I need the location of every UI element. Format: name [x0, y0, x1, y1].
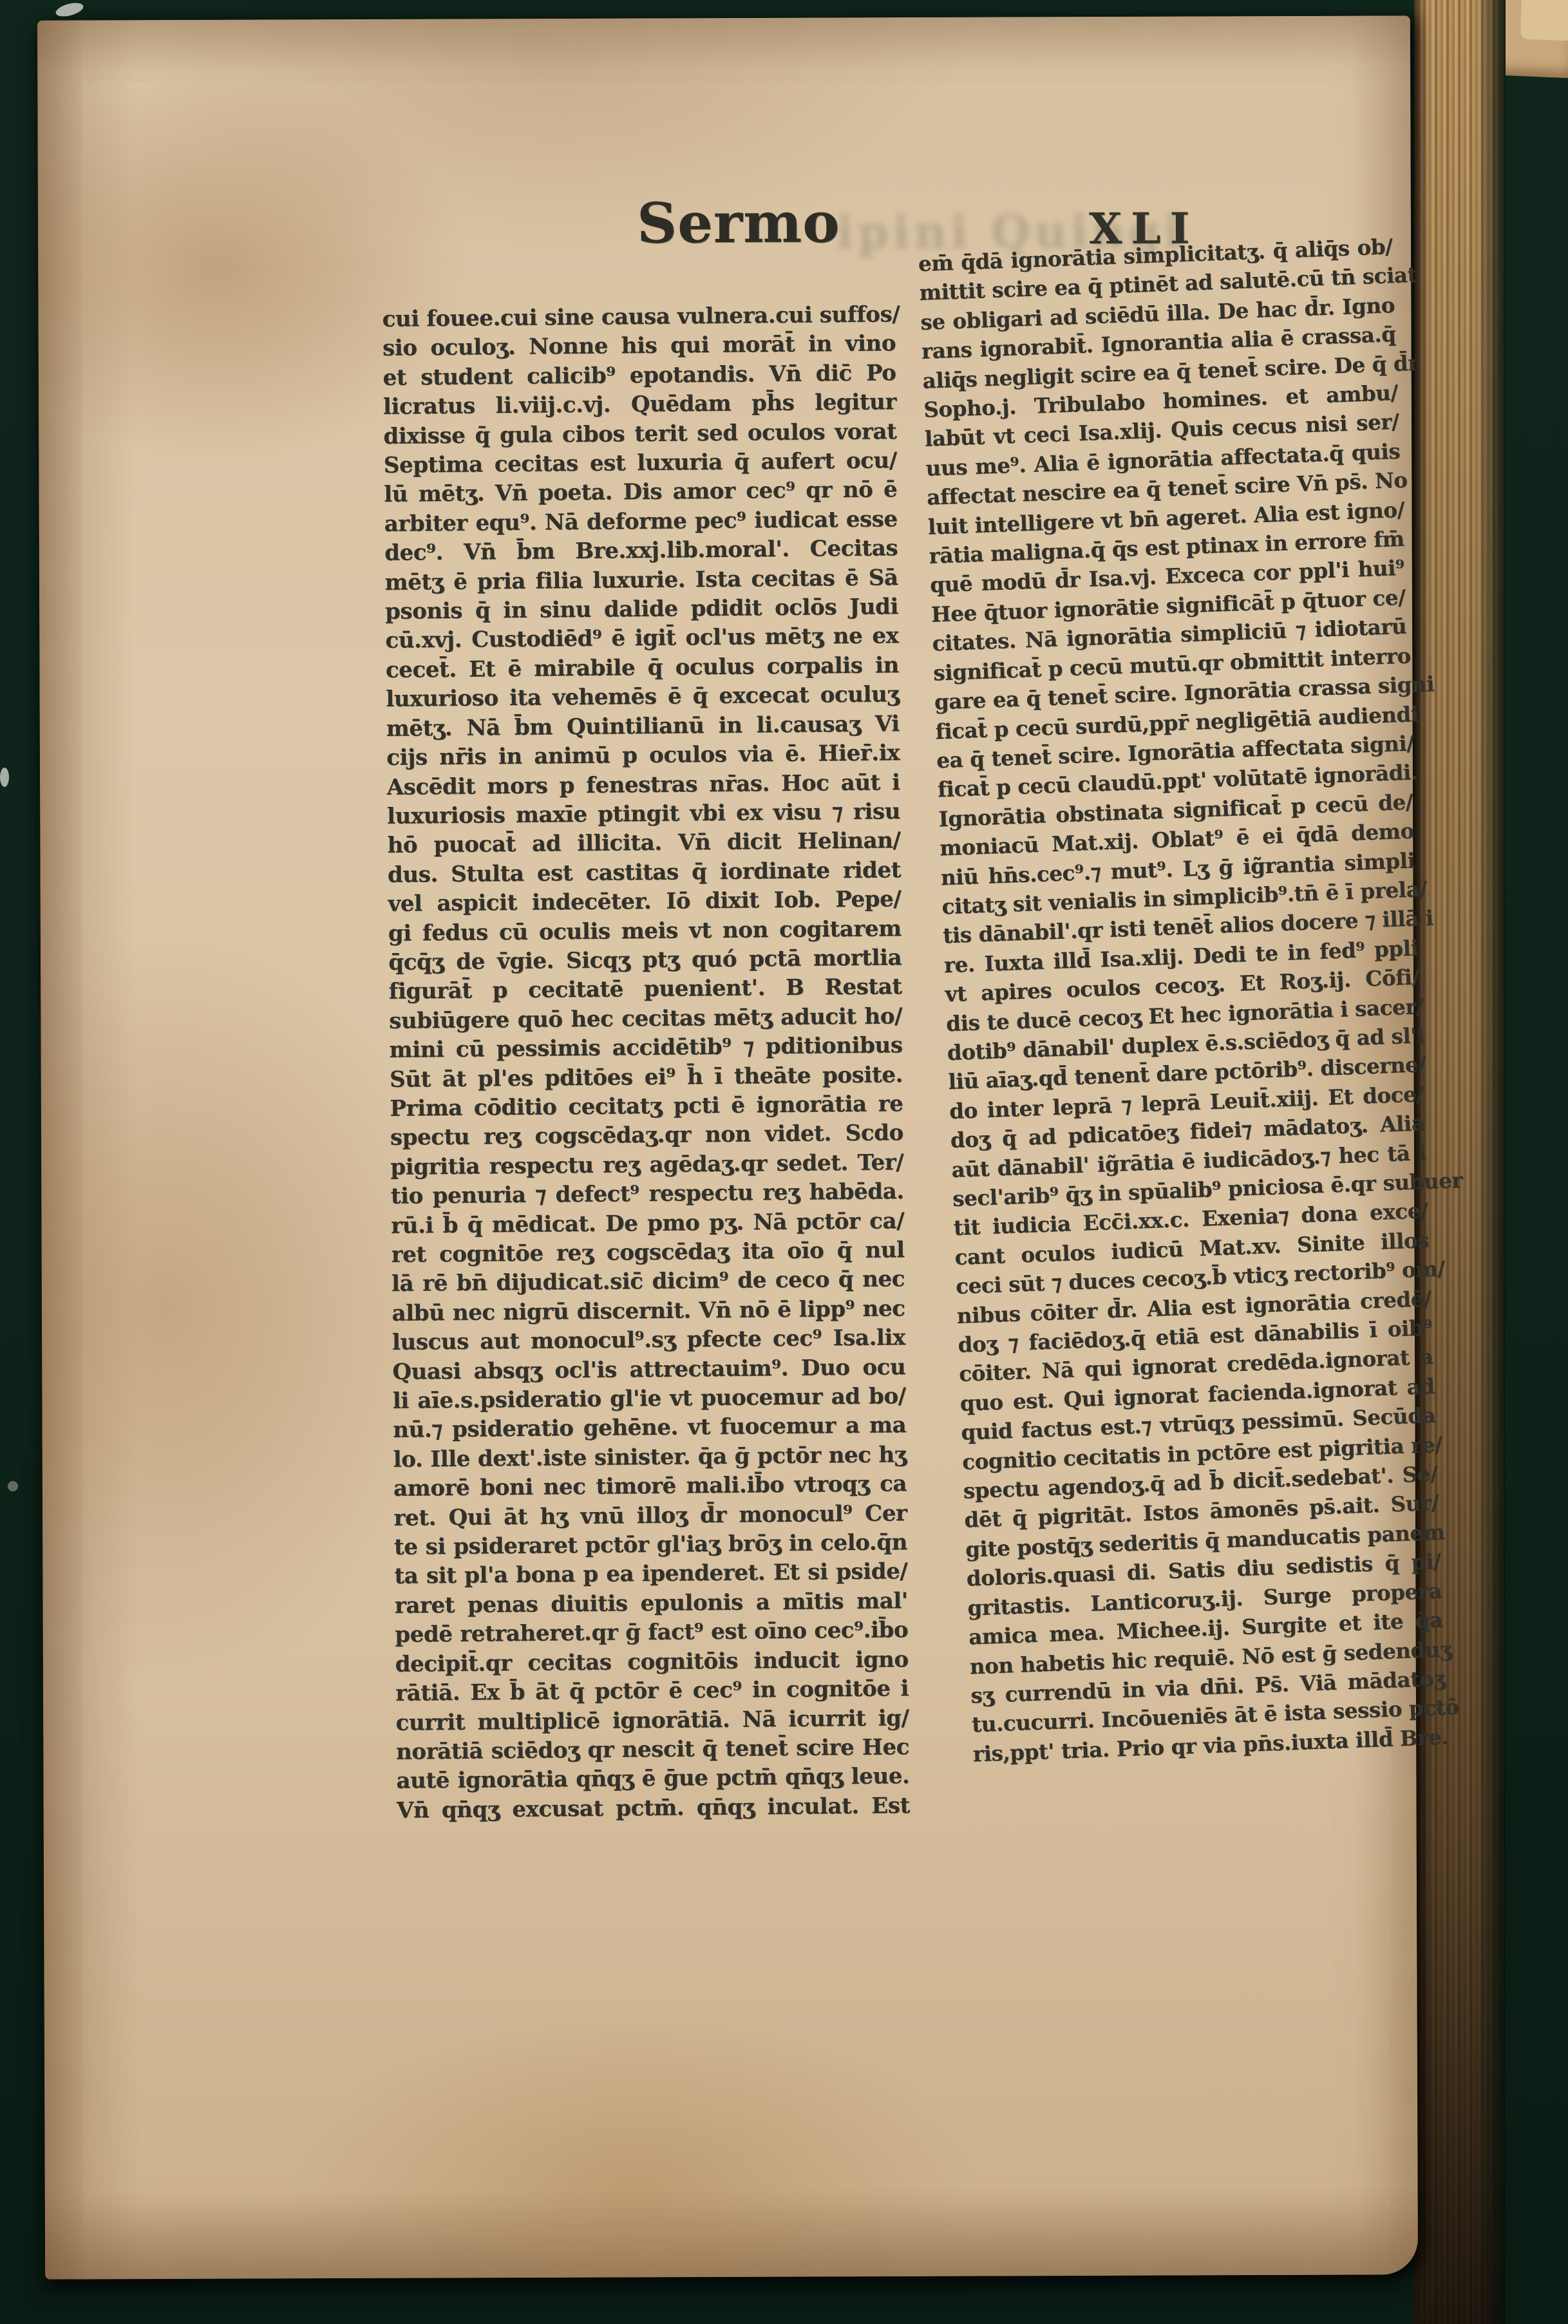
book-fore-edge: [1414, 0, 1506, 2324]
book-corner-pages-top: [1520, 0, 1568, 41]
text-line: Sūt āt pl'es pditōes ei⁹ h̄ ī theāte pos…: [390, 1061, 903, 1095]
text-line: dixisse q̄ gula cibos terit sed oculos v…: [383, 417, 896, 451]
text-line: tit iudicia Ecc̄i.xx.c. Exenia⁊ dona exc…: [953, 1196, 1428, 1242]
text-line: quē modū d̄r Isa.vj. Exceca cor ppl'i hu…: [929, 553, 1404, 600]
text-line: Ascēdit mors p fenestras nr̄as. Hoc aūt …: [386, 768, 900, 802]
text-line: lū mētʒ. Vn̄ poeta. Dis amor cec⁹ qr nō …: [384, 476, 897, 510]
text-line: albū nec nigrū discernit. Vn̄ nō ē lipp⁹…: [392, 1294, 905, 1328]
text-line: ris,ppt' tria. Prio qr via pn̄s.iuxta il…: [972, 1722, 1448, 1768]
paper-fleck: [0, 768, 9, 787]
text-line: aūt dānabil' ig̃rātia ē iudicādoʒ.⁊ hec …: [951, 1138, 1426, 1184]
text-line: aliq̄s negligit scire ea q̄ tenet̄ scire…: [922, 348, 1397, 395]
text-line: pedē retraheret.qr ḡ fact⁹ est oīno cec⁹…: [395, 1616, 908, 1650]
text-line: tu.cucurri. Incōueniēs āt ē ista sessio …: [971, 1693, 1446, 1739]
text-line: Sopho.j. Tribulabo homines. et ambu/: [923, 378, 1398, 424]
text-line: tio penuria ⁊ defect⁹ respectu reʒ habēd…: [391, 1177, 904, 1211]
text-line: dis te ducē cecoʒ Et hec ignorātia i sac…: [945, 992, 1421, 1038]
text-line: psonis q̄ in sinu dalide pdidit oclōs Ju…: [385, 592, 898, 627]
text-line: nū.⁊ psideratio gehēne. vt fuocemur a ma: [393, 1412, 906, 1446]
text-line: moniacū Mat.xij. Oblat⁹ ē ei q̄dā demo: [939, 816, 1414, 862]
text-line: gritastis. Lanticoruʒ.ij. Surge propera: [967, 1576, 1442, 1622]
paper-fleck: [8, 1481, 18, 1491]
text-line: cant oculos iudicū Mat.xv. Sinite illos: [954, 1225, 1430, 1272]
running-title: Sermo: [637, 190, 840, 256]
text-line: niū hn̄s.cec⁹.⁊ mut⁹. Lʒ ḡ ig̃rantia sim…: [940, 846, 1415, 892]
text-line: ret. Qui āt hʒ vnū illoʒ d̄r monocul⁹ Ce…: [393, 1499, 907, 1533]
text-line: rans ignorabit̄. Ignorantia alia ē crass…: [921, 319, 1396, 366]
text-line: uus me⁹. Alia ē ignorātia affectata.q̄ q…: [925, 437, 1401, 483]
text-line: decipit̄.qr cecitas cognitōis inducit ig…: [395, 1645, 908, 1679]
text-line: luit intelligere vt bn̄ ageret. Alia est…: [927, 495, 1403, 541]
text-line: vt apires oculos cecoʒ. Et Roʒ.ij. Cōfi/: [945, 962, 1420, 1008]
text-line: doloris.quasi di. Satis diu sedistis q̄ …: [966, 1547, 1441, 1593]
text-line: luxuriosis maxīe ptingit vbi ex visu ⁊ r…: [387, 797, 900, 831]
text-line: ret cognitōe reʒ cogscēdaʒ ita oīo q̄ nu…: [391, 1236, 904, 1270]
text-line: raret penas diuitis epulonis a mītis mal…: [395, 1587, 908, 1621]
text-line: cecet̄. Et ē mirabile q̄ oculus corpalis…: [386, 651, 899, 685]
text-line: ta sit pl'a bona p ea ipenderet. Et si p…: [394, 1558, 907, 1592]
text-line: rātia maligna.q̄ q̄s est ptinax in error…: [929, 524, 1404, 571]
text-line: mittit scire ea q̄ ptinēt ad salutē.cū t…: [919, 261, 1394, 307]
text-line: amica mea. Michee.ij. Surgite et ite q̄a: [968, 1605, 1443, 1652]
text-line: dēt q̄ pigritāt. Istos āmonēs ps̄.ait. S…: [964, 1488, 1439, 1535]
text-line: et student calicib⁹ epotandis. Vn̄ dic̄ …: [383, 359, 896, 393]
text-line: ficat̄ p cecū surdū,ppr̄ negligētiā audi…: [935, 699, 1410, 746]
text-line: Quasi absqʒ ocl'is attrectauim⁹. Duo ocu: [392, 1353, 905, 1387]
text-line: cijs nr̄is in animū p oculos via ē. Hier…: [386, 739, 900, 773]
text-line: pigritia respectu reʒ agēdaʒ.qr sedet. T…: [390, 1148, 903, 1182]
text-line: currit multiplicē ignorātiā. Nā icurrit …: [395, 1704, 909, 1738]
text-line: hō puocat̄ ad illicita. Vn̄ dicit Helina…: [387, 826, 900, 860]
text-line: secl'arib⁹ q̄ʒ in spūalib⁹ pniciosa ē.qr…: [952, 1167, 1427, 1213]
text-line: lā rē bn̄ dijudicat.sic̄ dicim⁹ de ceco …: [392, 1265, 905, 1299]
text-line: mētʒ. Nā b̄m Quintilianū in li.causaʒ Vi: [386, 710, 900, 744]
text-line: vel aspicit indecēter. Iō dixit Iob. Pep…: [388, 885, 901, 919]
text-line: Vn̄ qn̄qʒ excusat pctm̄. qn̄qʒ inculat. …: [397, 1791, 910, 1826]
text-line: affectat nescire ea q̄ tenet̄ scire Vn̄ …: [926, 466, 1401, 512]
text-line: autē ignorātia qn̄qʒ ē ḡue pctm̄ qn̄qʒ l…: [396, 1762, 909, 1796]
text-line: doʒ ⁊ faciēdoʒ.q̄ etiā est dānabilis ī o…: [958, 1313, 1433, 1359]
text-line: dus. Stulta est castitas q̄ iordinate ri…: [388, 856, 901, 890]
text-line: te si psideraret pctōr gl'iaʒ brōʒ in ce…: [394, 1528, 907, 1562]
text-line: mini cū pessimis accidētib⁹ ⁊ pditionibu…: [389, 1031, 902, 1065]
text-line: gi fedus cū oculis meis vt non cogitarem: [388, 914, 902, 949]
text-line: ceci sūt ⁊ duces cecoʒ.b̄ vticʒ rectorib…: [955, 1254, 1430, 1301]
text-line: dotib⁹ dānabil' duplex ē.s.sciēdoʒ q̄ ad…: [947, 1021, 1422, 1067]
text-line: luscus aut monocul⁹.sʒ pfecte cec⁹ Isa.l…: [392, 1323, 905, 1357]
text-line: spectu reʒ cogscēdaʒ.qr non videt. Scdo: [390, 1119, 903, 1153]
text-line: gite postq̄ʒ sederitis q̄ manducatis pan…: [965, 1517, 1440, 1564]
text-column-left: cui fouee.cui sine causa vulnera.cui suf…: [382, 300, 910, 1826]
photograph-background: Sermo ipini Quingi XLI cui fouee.cui sin…: [0, 0, 1568, 2324]
text-line: rātiā. Ex b̄ āt q̄ pctōr ē cec⁹ in cogni…: [395, 1674, 909, 1708]
text-line: significat̄ p cecū mutū.qr obmittit inte…: [932, 641, 1408, 687]
text-line: mētʒ ē pria filia luxurie. Ista cecitas …: [384, 563, 898, 598]
text-line: non habetis hic requiē. Nō est ḡ sedendu…: [969, 1634, 1444, 1681]
paper-fleck: [54, 1, 84, 19]
text-line: gare ea q̄ tenet̄ scire. Ignorātia crass…: [934, 670, 1409, 717]
text-line: q̄cq̄ʒ de v̄gie. Sicqʒ ptʒ quó pctā mort…: [388, 943, 902, 978]
text-line: tis dānabil'.qr isti tenēt̄ alios docere…: [942, 904, 1417, 950]
text-line: quo est. Qui ignorat facienda.ignorat ad: [959, 1372, 1435, 1418]
text-line: ea q̄ tenet̄ scire. Ignorātia affectata …: [936, 728, 1411, 775]
text-line: lo. Ille dext'.iste sinister. q̄a ḡ pctō…: [393, 1441, 906, 1475]
text-line: dec⁹. Vn̄ b̄m Bre.xxj.lib.moral'. Cecita…: [384, 534, 898, 568]
text-line: norātiā sciēdoʒ qr nescit q̄ tenet̄ scir…: [396, 1733, 909, 1767]
book-page: Sermo ipini Quingi XLI cui fouee.cui sin…: [37, 15, 1418, 2279]
text-line: sio oculoʒ. Nonne his qui morāt̄ in vino: [383, 330, 896, 364]
text-line: ficat̄ p cecū claudū.ppt' volūtatē ignor…: [937, 758, 1412, 804]
text-line: se obligari ad sciēdū illa. De hac d̄r. …: [920, 290, 1395, 337]
text-line: cū.xvj. Custodiēd⁹ ē igit̄ ocl'us mētʒ n…: [385, 622, 898, 656]
text-line: citatʒ sit venialis in simplicib⁹.tn̄ ē …: [941, 874, 1417, 921]
text-line: labūt vt ceci Isa.xlij. Quis cecus nisi …: [924, 407, 1399, 453]
text-line: do inter leprā ⁊ leprā Leuit̄.xiij. Et d…: [949, 1079, 1424, 1126]
text-line: citates. Nā ignorātia simpliciū ⁊ idiota…: [932, 612, 1407, 658]
text-line: doʒ q̄ ad pdicatōeʒ fidei⁊ mādatoʒ. Alia: [950, 1108, 1425, 1155]
text-line: quid factus est.⁊ vtrūqʒ pessimū. Secūda: [961, 1401, 1436, 1447]
text-line: arbiter equ⁹. Nā deforme pec⁹ iudicat es…: [384, 505, 897, 539]
text-line: cognitio cecitatis in pctōre est pigriti…: [961, 1430, 1437, 1476]
page-number-roman: XLI: [1089, 203, 1199, 254]
text-line: luxurioso ita vehemēs ē q̄ excecat oculu…: [386, 680, 899, 714]
text-line: em̄ q̄dā ignorātia simplicitatʒ. q̄ aliq…: [918, 232, 1393, 278]
text-line: cui fouee.cui sine causa vulnera.cui suf…: [382, 300, 895, 334]
text-line: figurāt̄ p cecitatē puenient'. B Restat: [388, 973, 902, 1007]
text-line: Hee q̄tuor ignorātie significāt̄ p q̄tuo…: [930, 582, 1406, 628]
text-line: rū.i b̄ q̄ mēdicat. De pmo pʒ. Nā pctōr …: [391, 1207, 904, 1241]
text-line: Ignorātia obstinata significat̄ p cecū d…: [938, 787, 1413, 833]
text-line: Prima cōditio cecitatʒ pcti ē ignorātia …: [390, 1090, 903, 1124]
text-line: sʒ currendū in via dn̄i. Ps̄. Viā mādato…: [970, 1663, 1446, 1710]
text-line: spectu agendoʒ.q̄ ad b̄ dicit̄.sedebat'.…: [963, 1459, 1438, 1506]
text-line: nibus cōiter d̄r. Alia est ignorātia cre…: [956, 1283, 1431, 1330]
text-line: licratus li.viij.c.vj. Quēdam ph̄s legit…: [383, 388, 896, 422]
text-line: cōiter. Nā qui ignorat credēda.ignorat a: [958, 1342, 1433, 1388]
show-through-text: ipini Quingi: [836, 205, 1185, 260]
text-line: liū aīaʒ.qd̄ tenent̄ dare pctōrib⁹. disc…: [948, 1050, 1423, 1096]
text-line: li aīe.s.psideratio gl'ie vt puocemur ad…: [393, 1382, 906, 1416]
text-column-right: em̄ q̄dā ignorātia simplicitatʒ. q̄ aliq…: [918, 232, 1448, 1769]
text-line: re. Iuxta illd̄ Isa.xlij. Dedi te in fed…: [943, 933, 1419, 979]
text-line: subiūgere quō hec cecitas mētʒ aducit ho…: [389, 1002, 902, 1036]
text-line: Septima cecitas est luxuria q̄ aufert oc…: [384, 446, 897, 480]
text-line: amorē boni nec timorē mali.ib̄o vtroqʒ c…: [393, 1469, 907, 1504]
